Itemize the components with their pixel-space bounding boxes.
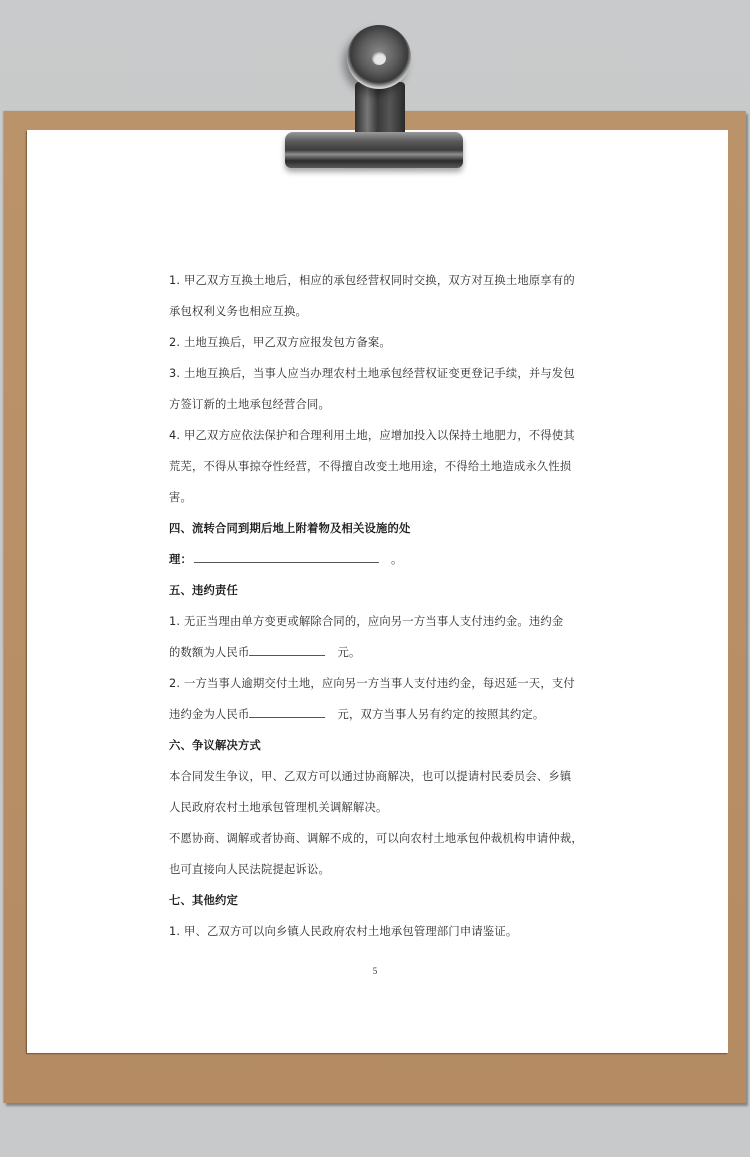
section-heading-5: 五、违约责任 [169,580,584,611]
text-line: 方签订新的土地承包经营合同。 [169,394,584,425]
clip-neck [355,82,405,138]
amount-label: 违约金为人民币 [169,708,249,721]
clip-hole [372,52,386,65]
text-line: 本合同发生争议，甲、乙双方可以通过协商解决，也可以提请村民委员会、乡镇 [169,766,584,797]
section-heading-7: 七、其他约定 [169,890,584,921]
text-line: 2. 土地互换后，甲乙双方应报发包方备案。 [169,332,584,363]
text-line: 害。 [169,487,584,518]
amount-blank[interactable] [249,643,325,656]
fill-in-blank[interactable] [194,550,379,563]
text-line: 荒芜，不得从事掠夺性经营，不得擅自改变土地用途，不得给土地造成永久性损 [169,456,584,487]
text-line: 2. 一方当事人逾期交付土地，应向另一方当事人支付违约金，每迟延一天，支付 [169,673,584,704]
section-heading-6: 六、争议解决方式 [169,735,584,766]
text-line: 3. 土地互换后，当事人应当办理农村土地承包经营权证变更登记手续，并与发包 [169,363,584,394]
document-body: 1. 甲乙双方互换土地后，相应的承包经营权同时交换，双方对互换土地原享有的 承包… [169,270,584,952]
section-4-continuation: 理：。 [169,549,584,580]
section-heading-4: 四、流转合同到期后地上附着物及相关设施的处 [169,518,584,549]
amount-label: 的数额为人民币 [169,646,249,659]
text-line: 承包权利义务也相应互换。 [169,301,584,332]
clip-jaw [285,132,463,168]
section-4-suffix: 。 [391,553,403,566]
text-line: 违约金为人民币元，双方当事人另有约定的按照其约定。 [169,704,584,735]
text-line: 4. 甲乙双方应依法保护和合理利用土地，应增加投入以保持土地肥力，不得使其 [169,425,584,456]
text-line: 不愿协商、调解或者协商、调解不成的，可以向农村土地承包仲裁机构申请仲裁， [169,828,584,859]
section-4-prefix: 理： [169,553,192,566]
text-line: 1. 甲、乙双方可以向乡镇人民政府农村土地承包管理部门申请鉴证。 [169,921,584,952]
text-line: 的数额为人民币元。 [169,642,584,673]
amount-unit: 元，双方当事人另有约定的按照其约定。 [337,708,544,721]
page-number: 5 [0,966,750,976]
amount-blank[interactable] [249,705,325,718]
text-line: 1. 无正当理由单方变更或解除合同的，应向另一方当事人支付违约金。违约金 [169,611,584,642]
text-line: 也可直接向人民法院提起诉讼。 [169,859,584,890]
text-line: 人民政府农村土地承包管理机关调解解决。 [169,797,584,828]
amount-unit: 元。 [337,646,360,659]
text-line: 1. 甲乙双方互换土地后，相应的承包经营权同时交换，双方对互换土地原享有的 [169,270,584,301]
